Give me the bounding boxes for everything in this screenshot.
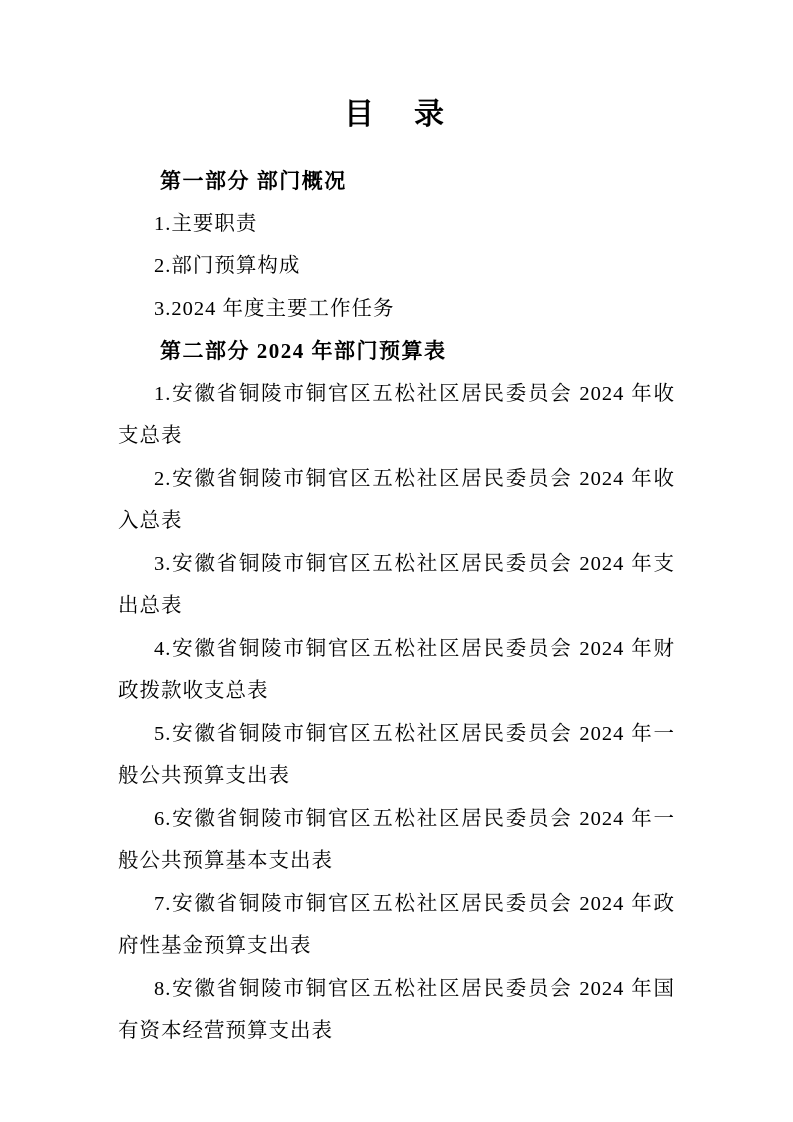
toc-item-part2-1: 1.安徽省铜陵市铜官区五松社区居民委员会 2024 年收 支总表 (118, 373, 675, 458)
section-heading-part1: 第一部分 部门概况 (118, 160, 675, 203)
toc-section-overview: 第一部分 部门概况 1.主要职责 2.部门预算构成 3.2024 年度主要工作任… (118, 160, 675, 330)
toc-item-line: 府性基金预算支出表 (118, 925, 675, 968)
toc-item-line: 4.安徽省铜陵市铜官区五松社区居民委员会 2024 年财 (118, 628, 675, 671)
toc-item-line: 入总表 (118, 500, 675, 543)
toc-item-part2-7: 7.安徽省铜陵市铜官区五松社区居民委员会 2024 年政 府性基金预算支出表 (118, 883, 675, 968)
toc-item-part2-8: 8.安徽省铜陵市铜官区五松社区居民委员会 2024 年国 有资本经营预算支出表 (118, 968, 675, 1053)
toc-item-part2-5: 5.安徽省铜陵市铜官区五松社区居民委员会 2024 年一 般公共预算支出表 (118, 713, 675, 798)
toc-item-part2-3: 3.安徽省铜陵市铜官区五松社区居民委员会 2024 年支 出总表 (118, 543, 675, 628)
toc-item-line: 般公共预算基本支出表 (118, 840, 675, 883)
toc-item-part2-4: 4.安徽省铜陵市铜官区五松社区居民委员会 2024 年财 政拨款收支总表 (118, 628, 675, 713)
toc-item-line: 8.安徽省铜陵市铜官区五松社区居民委员会 2024 年国 (118, 968, 675, 1011)
toc-item-line: 5.安徽省铜陵市铜官区五松社区居民委员会 2024 年一 (118, 713, 675, 756)
toc-item-line: 7.安徽省铜陵市铜官区五松社区居民委员会 2024 年政 (118, 883, 675, 926)
toc-item-part1-1: 1.主要职责 (118, 203, 675, 246)
toc-item-part2-2: 2.安徽省铜陵市铜官区五松社区居民委员会 2024 年收 入总表 (118, 458, 675, 543)
document-page: 目 录 第一部分 部门概况 1.主要职责 2.部门预算构成 3.2024 年度主… (0, 0, 793, 1122)
toc-item-line: 1.安徽省铜陵市铜官区五松社区居民委员会 2024 年收 (118, 373, 675, 416)
toc-item-part2-6: 6.安徽省铜陵市铜官区五松社区居民委员会 2024 年一 般公共预算基本支出表 (118, 798, 675, 883)
toc-item-line: 有资本经营预算支出表 (118, 1010, 675, 1053)
toc-item-line: 6.安徽省铜陵市铜官区五松社区居民委员会 2024 年一 (118, 798, 675, 841)
toc-item-line: 出总表 (118, 585, 675, 628)
page-title: 目 录 (118, 96, 675, 133)
toc-item-part1-3: 3.2024 年度主要工作任务 (118, 288, 675, 331)
toc-item-line: 支总表 (118, 415, 675, 458)
toc-item-line: 2.安徽省铜陵市铜官区五松社区居民委员会 2024 年收 (118, 458, 675, 501)
toc-item-line: 3.安徽省铜陵市铜官区五松社区居民委员会 2024 年支 (118, 543, 675, 586)
toc-section-budget-tables: 第二部分 2024 年部门预算表 1.安徽省铜陵市铜官区五松社区居民委员会 20… (118, 330, 675, 1053)
toc-item-line: 政拨款收支总表 (118, 670, 675, 713)
section-heading-part2: 第二部分 2024 年部门预算表 (118, 330, 675, 373)
toc-item-line: 般公共预算支出表 (118, 755, 675, 798)
toc-item-part1-2: 2.部门预算构成 (118, 245, 675, 288)
